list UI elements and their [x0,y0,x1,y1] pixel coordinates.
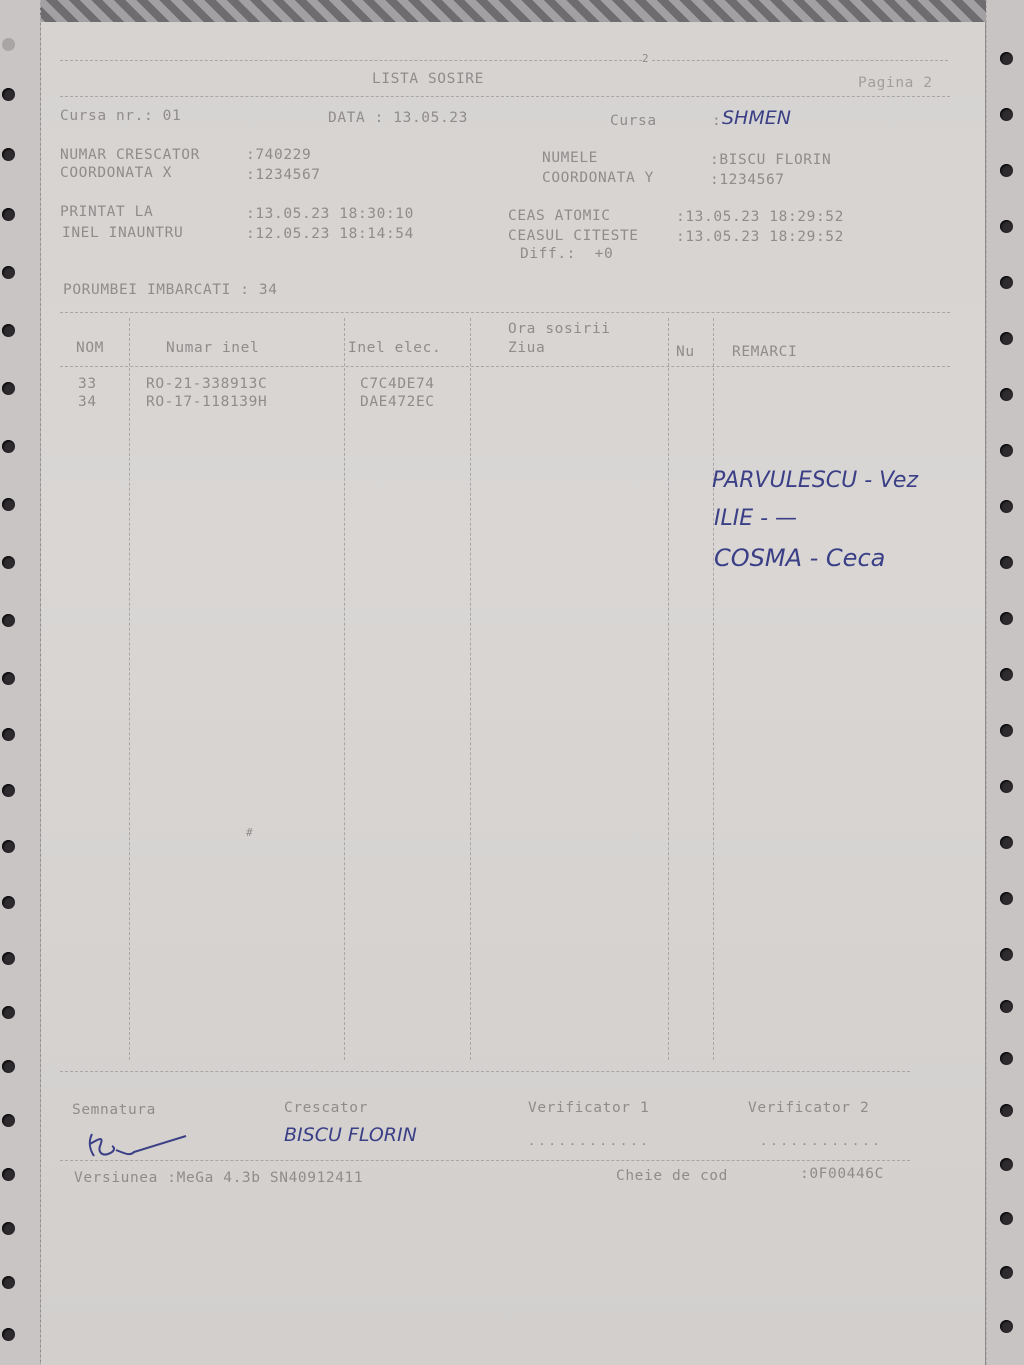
hole-icon [1000,948,1013,961]
col-header-nu: Nu [676,344,695,360]
porumbei-imbarcati: PORUMBEI IMBARCATI : 34 [63,282,278,298]
coord-y-value: :1234567 [710,172,785,188]
hole-icon [1000,724,1013,737]
hole-icon [2,324,15,337]
numele-value: :BISCU FLORIN [710,152,831,168]
header-rule [60,366,950,367]
verificator1-label: Verificator 1 [528,1100,649,1116]
hole-icon [1000,612,1013,625]
handwritten-note-3: COSMA - Ceca [714,544,885,572]
hole-icon [2,148,15,161]
stray-mark: # [246,826,253,839]
hole-icon [2,382,15,395]
hole-icon [1000,892,1013,905]
race-date: DATA : 13.05.23 [328,110,468,126]
hole-icon [1000,52,1013,65]
hole-icon [2,728,15,741]
verificator2-label: Verificator 2 [748,1100,869,1116]
top-rule [60,60,642,61]
footer-rule [60,1160,910,1161]
hole-icon [2,1222,15,1235]
col-separator [668,318,669,1060]
cursa-colon: : [712,113,721,129]
hole-icon [1000,500,1013,513]
hole-icon [2,208,15,221]
hole-icon [2,784,15,797]
cheie-value: :0F00446C [800,1166,884,1182]
right-tractor-strip [986,0,1024,1365]
inel-inauntru-value: :12.05.23 18:14:54 [246,226,414,242]
hole-icon [2,88,15,101]
hole-icon [2,1006,15,1019]
hole-icon [2,952,15,965]
hole-icon [2,1168,15,1181]
hole-icon [1000,388,1013,401]
table-bottom-rule [60,1071,910,1072]
col-header-inel-elec: Inel elec. [348,340,441,356]
col-separator [713,318,714,1060]
hole-icon [1000,556,1013,569]
ceasul-citeste-value: :13.05.23 18:29:52 [676,229,844,245]
cell-numar-inel: RO-21-338913C [146,376,267,392]
crescator-handwritten-name: BISCU FLORIN [284,1124,417,1146]
hole-icon [2,38,15,51]
verificator2-dots: ............ [760,1134,883,1148]
hole-icon [1000,220,1013,233]
coord-y-label: COORDONATA Y [542,170,654,186]
printat-la-value: :13.05.23 18:30:10 [246,206,414,222]
hole-icon [1000,836,1013,849]
col-header-nom: NOM [76,340,104,356]
numar-crescator-label: NUMAR CRESCATOR [60,147,200,163]
cell-inel-elec: DAE472EC [360,394,435,410]
table-top-rule [60,312,950,313]
page-marker: 2 [642,52,649,65]
right-perforation [986,0,988,1365]
hole-icon [1000,1158,1013,1171]
col-separator [470,318,471,1060]
handwritten-note-2: ILIE - — [714,506,797,531]
hole-icon [1000,164,1013,177]
col-header-numar-inel: Numar inel [166,340,259,356]
col-separator [344,318,345,1060]
hole-icon [2,498,15,511]
hole-icon [2,840,15,853]
ceas-atomic-value: :13.05.23 18:29:52 [676,209,844,225]
cell-nom: 34 [78,394,97,410]
hole-icon [2,556,15,569]
hole-icon [2,266,15,279]
coord-x-label: COORDONATA X [60,165,172,181]
hole-icon [1000,1052,1013,1065]
hole-icon [1000,332,1013,345]
hole-icon [1000,668,1013,681]
page-label: Pagina 2 [858,75,933,91]
hole-icon [2,1276,15,1289]
hole-icon [1000,276,1013,289]
hole-icon [1000,1320,1013,1333]
col-header-ora-sosirii: Ora sosirii [508,321,611,337]
signature-mark [86,1128,196,1164]
col-header-remarci: REMARCI [732,344,797,360]
hole-icon [1000,1104,1013,1117]
hole-icon [1000,1266,1013,1279]
hole-icon [1000,1000,1013,1013]
diff-value: Diff.: +0 [520,246,613,262]
inel-inauntru-label: INEL INAUNTRU [62,225,183,241]
left-tractor-strip [0,0,40,1365]
col-separator [129,318,130,1060]
numele-label: NUMELE [542,150,598,166]
numar-crescator-value: :740229 [246,147,311,163]
hole-icon [2,1328,15,1341]
cursa-nr: Cursa nr.: 01 [60,108,181,124]
hole-icon [2,1114,15,1127]
cursa-handwritten-value: SHMEN [722,107,791,129]
verificator1-dots: ............ [528,1134,651,1148]
coord-x-value: :1234567 [246,167,321,183]
hole-icon [1000,1212,1013,1225]
top-rule-right [652,60,948,61]
crescator-label: Crescator [284,1100,368,1116]
hole-icon [1000,780,1013,793]
cell-inel-elec: C7C4DE74 [360,376,435,392]
hole-icon [2,614,15,627]
col-header-ziua: Ziua [508,340,545,356]
printat-la-label: PRINTAT LA [60,204,153,220]
hole-icon [1000,108,1013,121]
handwritten-note-1: PARVULESCU - Vez [712,468,918,493]
hole-icon [2,440,15,453]
background-fabric [0,0,1024,22]
hole-icon [2,896,15,909]
hole-icon [2,672,15,685]
cell-numar-inel: RO-17-118139H [146,394,267,410]
hole-icon [2,1060,15,1073]
versiunea: Versiunea :MeGa 4.3b SN40912411 [74,1170,363,1186]
ceasul-citeste-label: CEASUL CITESTE [508,228,639,244]
document-title: LISTA SOSIRE [372,71,484,87]
ceas-atomic-label: CEAS ATOMIC [508,208,611,224]
cheie-label: Cheie de cod [616,1168,728,1184]
semnatura-label: Semnatura [72,1102,156,1118]
hole-icon [1000,444,1013,457]
cursa-label: Cursa [610,113,657,129]
title-rule [60,96,950,97]
cell-nom: 33 [78,376,97,392]
